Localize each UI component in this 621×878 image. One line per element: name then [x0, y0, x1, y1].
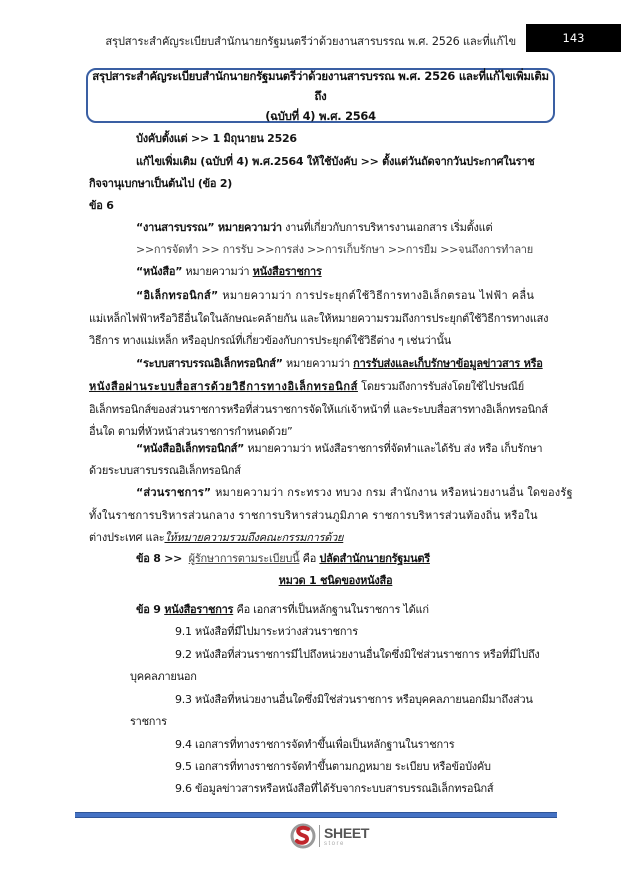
- e-document-line-2: ด้วยระบบสารบรรณอิเล็กทรอนิกส์: [89, 463, 241, 479]
- section-9: ข้อ 9 หนังสือราชการ คือ เอกสารที่เป็นหลั…: [136, 602, 429, 618]
- amendment-line-2: กิจจานุเบกษาเป็นต้นไป (ข้อ 2): [89, 176, 232, 192]
- definition-nangsue: “หนังสือ” หมายความว่า หนังสือราชการ: [136, 264, 322, 280]
- definition-value: หนังสือผ่านระบบสื่อสารด้วยวิธีการทางอิเล…: [89, 380, 358, 393]
- term: “อิเล็กทรอนิกส์”: [136, 289, 219, 302]
- definition-value: หนังสือราชการ: [253, 265, 322, 278]
- list-item-continuation: บุคคลภายนอก: [130, 669, 197, 685]
- logo-sub-text: store: [324, 841, 369, 847]
- sheet-store-logo: SHEET store: [290, 823, 369, 849]
- saraban-process-chain: >>การจัดทำ >> การรับ >>การส่ง >>การเก็บร…: [136, 242, 533, 258]
- section-6-heading: ข้อ 6: [89, 198, 114, 214]
- definition-e-document: “หนังสืออิเล็กทรอนิกส์” หมายความว่า หนัง…: [136, 441, 542, 457]
- logo-divider: [319, 825, 320, 847]
- definition-text: โดยรวมถึงการรับส่งโดยใช้ไปรษณีย์: [358, 380, 524, 393]
- logo-main-text: SHEET: [324, 826, 369, 840]
- amendment-line-1: แก้ไขเพิ่มเติม (ฉบับที่ 4) พ.ศ.2564 ให้ใ…: [136, 154, 534, 170]
- e-saraban-line-4: อื่นใด ตามที่หัวหน้าส่วนราชการกำหนดด้วย”: [89, 424, 293, 440]
- term: “ส่วนราชการ”: [136, 486, 211, 499]
- electronic-line-3: วิธีการ ทางแม่เหล็ก หรืออุปกรณ์ที่เกี่ยว…: [89, 333, 451, 349]
- term: “ระบบสารบรรณอิเล็กทรอนิกส์”: [136, 357, 283, 370]
- definition-electronic: “อิเล็กทรอนิกส์” หมายความว่า การประยุกต์…: [136, 288, 534, 304]
- title-line-2: (ฉบับที่ 4) พ.ศ. 2564: [265, 106, 376, 126]
- list-item-continuation: ราชการ: [130, 714, 167, 730]
- running-header-title: สรุปสาระสำคัญระเบียบสำนักนายกรัฐมนตรีว่า…: [0, 32, 516, 50]
- section-subject: ผู้รักษาการตามระเบียบนี้: [189, 552, 300, 565]
- list-item: 9.5 เอกสารที่ทางราชการจัดทำขึ้นตามกฎหมาย…: [175, 759, 491, 775]
- e-saraban-line-3: อิเล็กทรอนิกส์ของส่วนราชการหรือที่ส่วนรา…: [89, 402, 548, 418]
- section-label: ข้อ 9: [136, 603, 164, 616]
- definition-text: หมายความว่า: [283, 357, 353, 370]
- effective-date: บังคับตั้งแต่ >> 1 มิถุนายน 2526: [136, 131, 297, 147]
- section-8: ข้อ 8 >> ผู้รักษาการตามระเบียบนี้ คือ ปล…: [136, 551, 430, 567]
- term: “งานสารบรรณ” หมายความว่า: [136, 221, 282, 234]
- chapter-1-heading: หมวด 1 ชนิดของหนังสือ: [0, 573, 621, 589]
- title-box: สรุปสาระสำคัญระเบียบสำนักนายกรัฐมนตรีว่า…: [86, 68, 555, 123]
- term: “หนังสืออิเล็กทรอนิกส์”: [136, 442, 244, 455]
- term: “หนังสือ”: [136, 265, 182, 278]
- list-item: 9.6 ข้อมูลข่าวสารหรือหนังสือที่ได้รับจาก…: [175, 781, 493, 797]
- page-number: 143: [526, 24, 621, 52]
- list-item: 9.1 หนังสือที่มีไปมาระหว่างส่วนราชการ: [175, 624, 358, 640]
- agency-line-3: ต่างประเทศ และให้หมายความรวมถึงคณะกรรมกา…: [89, 530, 343, 546]
- definition-value: การรับส่งและเก็บรักษาข้อมูลข่าวสาร หรือ: [353, 357, 543, 370]
- sheet-store-s-icon: [290, 823, 316, 849]
- section-value: ปลัดสำนักนายกรัฐมนตรี: [319, 552, 430, 565]
- definition-text: งานที่เกี่ยวกับการบริหารงานเอกสาร เริ่มต…: [282, 221, 493, 234]
- section-label: ข้อ 8 >>: [136, 552, 182, 565]
- title-line-1: สรุปสาระสำคัญระเบียบสำนักนายกรัฐมนตรีว่า…: [88, 66, 553, 106]
- definition-text: หมายความว่า หนังสือราชการที่จัดทำและได้ร…: [244, 442, 542, 455]
- list-item: 9.3 หนังสือที่หน่วยงานอื่นใดซึ่งมิใช่ส่ว…: [175, 692, 533, 708]
- section-text: คือ: [299, 552, 319, 565]
- list-item: 9.2 หนังสือที่ส่วนราชการมีไปถึงหน่วยงานอ…: [175, 647, 540, 663]
- definition-agency: “ส่วนราชการ” หมายความว่า กระทรวง ทบวง กร…: [136, 485, 573, 501]
- agency-line-2: ทั้งในราชการบริหารส่วนกลาง ราชการบริหารส…: [89, 508, 538, 524]
- definition-text: หมายความว่า การประยุกต์ใช้วิธีการทางอิเล…: [219, 289, 535, 302]
- definition-e-saraban: “ระบบสารบรรณอิเล็กทรอนิกส์” หมายความว่า …: [136, 356, 543, 372]
- list-item: 9.4 เอกสารที่ทางราชการจัดทำขึ้นเพื่อเป็น…: [175, 737, 454, 753]
- definition-value: ให้หมายความรวมถึงคณะกรรมการด้วย: [164, 531, 343, 544]
- section-text: คือ เอกสารที่เป็นหลักฐานในราชการ ได้แก่: [233, 603, 429, 616]
- e-saraban-line-2: หนังสือผ่านระบบสื่อสารด้วยวิธีการทางอิเล…: [89, 379, 524, 395]
- footer-rule: [75, 812, 557, 818]
- definition-text: ต่างประเทศ และ: [89, 531, 164, 544]
- electronic-line-2: แม่เหล็กไฟฟ้าหรือวิธีอื่นใดในลักษณะคล้าย…: [89, 311, 548, 327]
- definition-text: หมายความว่า กระทรวง ทบวง กรม สำนักงาน หร…: [211, 486, 572, 499]
- definition-saraban: “งานสารบรรณ” หมายความว่า งานที่เกี่ยวกับ…: [136, 220, 492, 236]
- definition-text: หมายความว่า: [182, 265, 252, 278]
- section-term: หนังสือราชการ: [164, 603, 233, 616]
